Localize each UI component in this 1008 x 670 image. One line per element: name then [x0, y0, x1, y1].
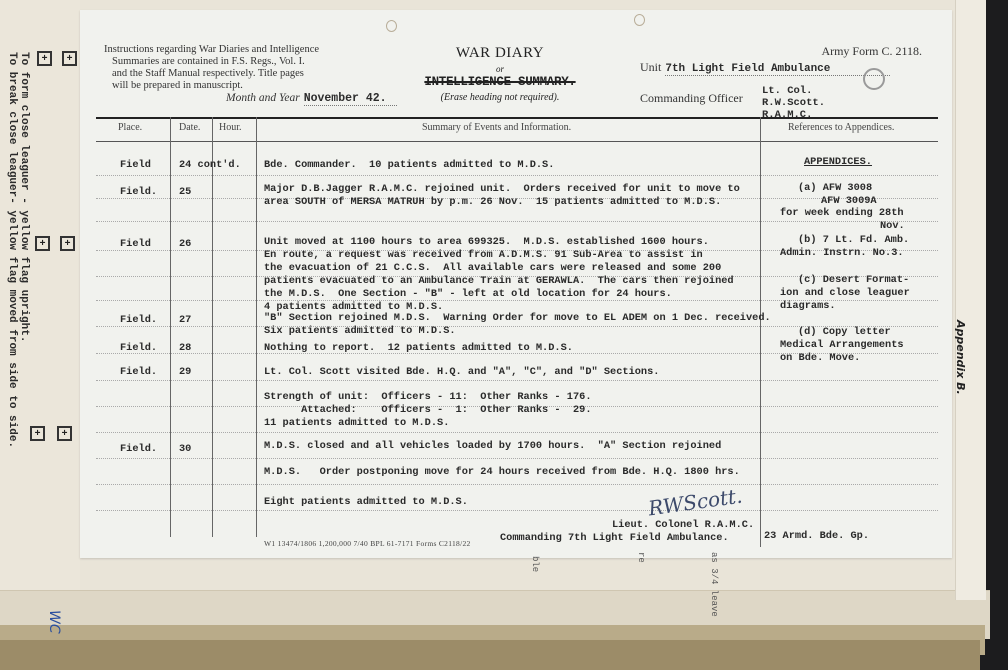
commanding-officer-label: Commanding Officer	[640, 91, 743, 106]
vehicle-box-icon: +	[37, 51, 52, 66]
title-war-diary: WAR DIARY	[380, 45, 620, 62]
entry-place: Field.	[120, 314, 157, 327]
entry-text: Eight patients admitted to M.D.S.	[264, 496, 468, 509]
entry-date: 24 cont'd.	[179, 159, 241, 172]
column-header-place: Place.	[118, 122, 142, 133]
vehicle-box-icon: +	[57, 426, 72, 441]
entry-text: Six patients admitted to M.D.S.	[264, 325, 456, 338]
column-divider	[170, 117, 171, 537]
header-rule	[96, 117, 938, 119]
ruled-line	[96, 380, 938, 381]
entry-text: Bde. Commander. 10 patients admitted to …	[264, 159, 554, 172]
form-title: WAR DIARY or INTELLIGENCE SUMMARY. (Eras…	[380, 45, 620, 103]
appendix-d: on Bde. Move.	[780, 352, 860, 365]
column-divider	[256, 117, 257, 537]
entry-date: 26	[179, 238, 191, 251]
entry-text: patients evacuated to an Ambulance Train…	[264, 275, 734, 288]
appendix-c: ion and close leaguer	[780, 287, 910, 300]
entry-text: Nothing to report. 12 patients admitted …	[264, 342, 573, 355]
entry-place: Field.	[120, 366, 157, 379]
column-header-hour: Hour.	[219, 122, 242, 133]
right-sheet-edge: Appendix B.	[955, 0, 986, 600]
column-header-references: References to Appendices.	[788, 122, 894, 133]
entry-date: 25	[179, 186, 191, 199]
unit-field: Unit7th Light Field Ambulance	[640, 60, 890, 75]
leaguer-line-1: To form close leaguer - yellow flag upri…	[18, 52, 30, 448]
appendix-a: (a) AFW 3008	[798, 182, 872, 195]
folder-edge-dark	[0, 640, 980, 670]
entry-text: area SOUTH of MERSA MATRUH by p.m. 26 No…	[264, 196, 721, 209]
column-divider	[212, 117, 213, 537]
signature: RWScott.	[647, 484, 744, 521]
ruled-line	[96, 175, 938, 176]
signature-role: Commanding 7th Light Field Ambulance.	[500, 532, 729, 545]
entry-place: Field.	[120, 342, 157, 355]
ruled-line	[96, 458, 938, 459]
punch-hole	[386, 20, 397, 32]
entry-place: Field.	[120, 443, 157, 456]
instruction-line: Instructions regarding War Diaries and I…	[104, 44, 344, 56]
entry-text: M.D.S. Order postponing move for 24 hour…	[264, 466, 740, 479]
title-or: or	[380, 64, 620, 74]
month-year-field: Month and YearNovember 42.	[226, 92, 397, 105]
underlying-text-fragment: ble	[530, 556, 540, 572]
vehicle-box-icon: +	[35, 236, 50, 251]
printer-imprint: W1 13474/1806 1,200,000 7/40 BPL 61-7171…	[264, 539, 471, 548]
entry-date: 29	[179, 366, 191, 379]
signature-rank: Lieut. Colonel R.A.M.C.	[612, 519, 754, 532]
entry-text: Unit moved at 1100 hours to area 699325.…	[264, 236, 709, 249]
ruled-line	[96, 221, 938, 222]
co-name: R.W.Scott.	[762, 97, 825, 109]
appendix-c: (c) Desert Format-	[798, 274, 909, 287]
instruction-line: Summaries are contained in F.S. Regs., V…	[112, 56, 344, 68]
unit-label: Unit	[640, 60, 661, 74]
appendix-b-note: Appendix B.	[954, 320, 967, 395]
entry-text: Major D.B.Jagger R.A.M.C. rejoined unit.…	[264, 183, 740, 196]
column-header-date: Date.	[179, 122, 200, 133]
co-rank: Lt. Col.	[762, 85, 825, 97]
form-number: Army Form C. 2118.	[821, 44, 922, 59]
instruction-line: and the Staff Manual respectively. Title…	[112, 68, 344, 80]
title-erase-note: (Erase heading not required).	[380, 92, 620, 103]
month-year-label: Month and Year	[226, 92, 300, 104]
ruled-line	[96, 432, 938, 433]
title-intelligence-summary-struck: INTELLIGENCE SUMMARY.	[380, 75, 620, 89]
vehicle-box-icon: +	[62, 51, 77, 66]
entry-place: Field.	[120, 186, 157, 199]
appendix-d: Medical Arrangements	[780, 339, 904, 352]
underlying-text-fragment: re	[636, 552, 646, 563]
entry-text: M.D.S. closed and all vehicles loaded by…	[264, 440, 721, 453]
vehicle-box-icon: +	[30, 426, 45, 441]
ruled-line	[96, 510, 938, 511]
entry-text: "B" Section rejoined M.D.S. Warning Orde…	[264, 312, 771, 325]
entry-text: the evacuation of 21 C.C.S. All availabl…	[264, 262, 721, 275]
appendix-b: (b) 7 Lt. Fd. Amb.	[798, 234, 909, 247]
form-instructions: Instructions regarding War Diaries and I…	[104, 44, 344, 92]
entry-place: Field	[120, 159, 151, 172]
appendix-a: AFW 3009A	[821, 195, 877, 208]
entry-date: 27	[179, 314, 191, 327]
commanding-officer-value: Lt. Col. R.W.Scott. R.A.M.C.	[762, 85, 825, 121]
vehicle-box-icon: +	[60, 236, 75, 251]
appendix-a: Nov.	[880, 220, 905, 233]
entry-text: 11 patients admitted to M.D.S.	[264, 417, 449, 430]
punch-hole	[634, 14, 645, 26]
handwritten-mark: WC	[46, 610, 62, 634]
entry-text: the M.D.S. One Section - "B" - left at o…	[264, 288, 672, 301]
war-diary-form: Instructions regarding War Diaries and I…	[80, 10, 952, 558]
leaguer-line-2: To break close leaguer- yellow flag move…	[6, 52, 18, 448]
entry-date: 30	[179, 443, 191, 456]
entry-text: Attached: Officers - 1: Other Ranks - 29…	[264, 404, 592, 417]
appendix-b: Admin. Instrn. No.3.	[780, 247, 904, 260]
appendices-heading: APPENDICES.	[804, 156, 872, 169]
entry-date: 28	[179, 342, 191, 355]
header-bottom-rule	[96, 141, 938, 142]
entry-text: Lt. Col. Scott visited Bde. H.Q. and "A"…	[264, 366, 659, 379]
entry-text: Strength of unit: Officers - 11: Other R…	[264, 391, 592, 404]
stamp-icon	[863, 68, 885, 90]
left-diagram-sheet: To form close leaguer - yellow flag upri…	[0, 0, 80, 590]
appendix-a: for week ending 28th	[780, 207, 904, 220]
formation: 23 Armd. Bde. Gp.	[764, 530, 869, 543]
entry-place: Field	[120, 238, 151, 251]
underlying-text-fragment: as 3/4 leave	[709, 552, 719, 617]
leaguer-instructions: To form close leaguer - yellow flag upri…	[6, 52, 30, 448]
appendix-c: diagrams.	[780, 300, 836, 313]
column-header-summary: Summary of Events and Information.	[422, 122, 571, 133]
appendix-d: (d) Copy letter	[798, 326, 891, 339]
ruled-line	[96, 484, 938, 485]
instruction-line: will be prepared in manuscript.	[112, 80, 344, 92]
co-corps: R.A.M.C.	[762, 109, 825, 121]
unit-value: 7th Light Field Ambulance	[665, 63, 890, 76]
column-divider	[760, 117, 761, 547]
entry-text: En route, a request was received from A.…	[264, 249, 703, 262]
